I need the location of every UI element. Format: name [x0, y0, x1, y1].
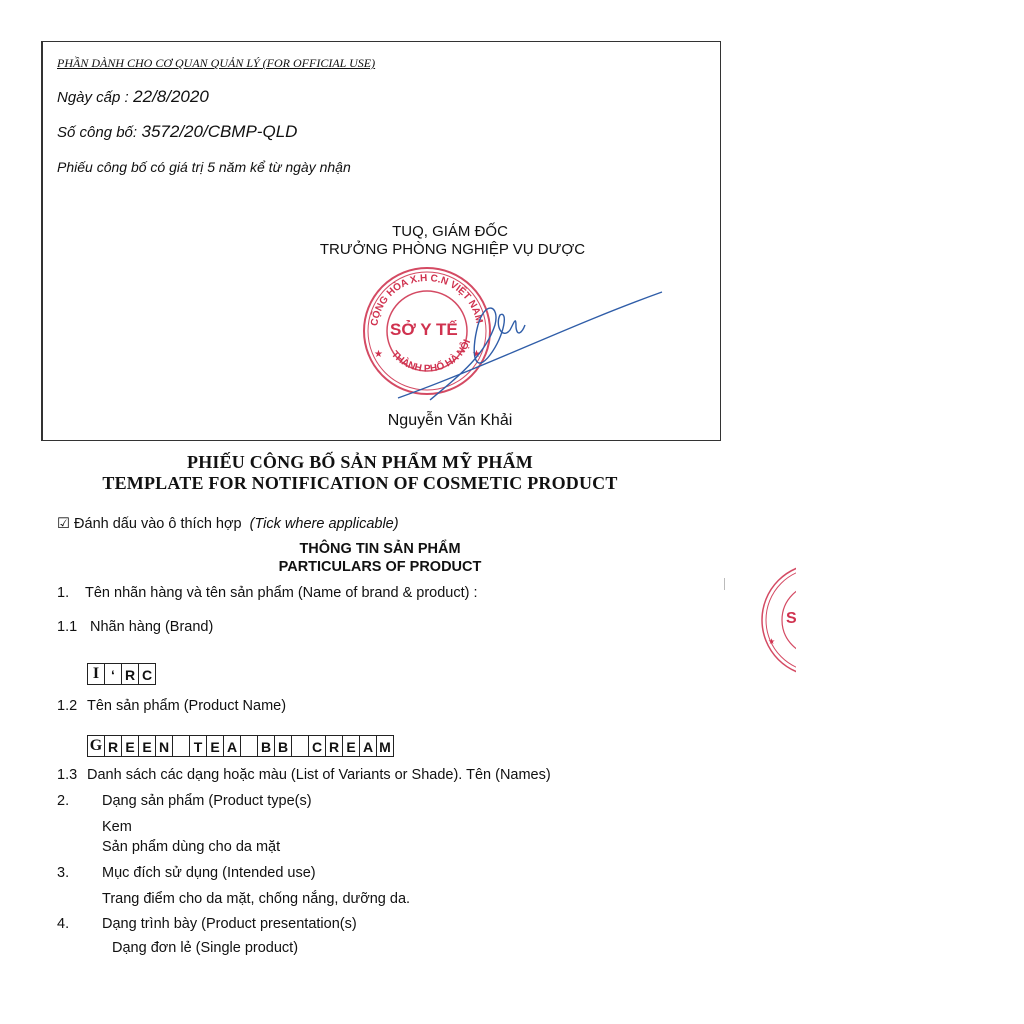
product-cell: [291, 735, 309, 757]
product-cell: [240, 735, 258, 757]
tick-note-en: (Tick where applicable): [250, 516, 399, 532]
product-cell: G: [87, 735, 105, 757]
brand-cell: C: [138, 663, 156, 685]
item-1-1-label: Nhãn hàng (Brand): [90, 619, 213, 635]
document-title-en: TEMPLATE FOR NOTIFICATION OF COSMETIC PR…: [90, 473, 630, 494]
product-cell: A: [359, 735, 377, 757]
item-1-3-label: Danh sách các dạng hoặc màu (List of Var…: [87, 767, 551, 783]
item-3-number: 3.: [57, 865, 69, 881]
item-2-label: Dạng sản phẩm (Product type(s): [102, 793, 312, 809]
section-title-vi: THÔNG TIN SẢN PHẨM: [230, 541, 530, 557]
item-4-value: Dạng đơn lẻ (Single product): [112, 940, 298, 956]
product-cell: A: [223, 735, 241, 757]
item-1-number: 1.: [57, 585, 69, 601]
item-1-3-number: 1.3: [57, 767, 77, 783]
notification-number-label: Số công bố:: [57, 124, 137, 141]
issue-date-row: Ngày cấp : 22/8/2020: [57, 87, 209, 107]
item-2-value-2: Sản phẩm dùng cho da mặt: [102, 839, 280, 855]
issue-date-value: 22/8/2020: [133, 87, 209, 106]
brand-cell: ‘: [104, 663, 122, 685]
validity-note: Phiếu công bố có giá trị 5 năm kể từ ngà…: [57, 159, 351, 175]
document-title-vi: PHIẾU CÔNG BỐ SẢN PHẨM MỸ PHẨM: [90, 452, 630, 473]
official-use-header: PHẦN DÀNH CHO CƠ QUAN QUẢN LÝ (FOR OFFIC…: [57, 56, 375, 71]
item-2-value-1: Kem: [102, 819, 132, 835]
scan-mark: [724, 578, 725, 590]
signer-title-1: TUQ, GIÁM ĐỐC: [300, 223, 600, 240]
product-cell: E: [121, 735, 139, 757]
product-name-cells: G R E E N T E A B B C R E A M: [88, 735, 394, 757]
product-cell: [172, 735, 190, 757]
product-cell: N: [155, 735, 173, 757]
tick-note-vi: Đánh dấu vào ô thích hợp: [74, 516, 242, 532]
brand-cell: R: [121, 663, 139, 685]
product-cell: E: [342, 735, 360, 757]
item-1-label: Tên nhãn hàng và tên sản phẩm (Name of b…: [85, 585, 478, 601]
item-2-number: 2.: [57, 793, 69, 809]
product-cell: T: [189, 735, 207, 757]
side-stamp-letter: S: [786, 610, 796, 628]
item-1-2-label: Tên sản phẩm (Product Name): [87, 698, 286, 714]
item-1-2-number: 1.2: [57, 698, 77, 714]
signer-title-2: TRƯỞNG PHÒNG NGHIỆP VỤ DƯỢC: [300, 241, 605, 258]
item-4-number: 4.: [57, 916, 69, 932]
signer-name: Nguyễn Văn Khải: [330, 412, 570, 430]
product-cell: R: [104, 735, 122, 757]
product-cell: M: [376, 735, 394, 757]
signature-icon: [370, 285, 670, 405]
product-cell: B: [274, 735, 292, 757]
svg-text:★: ★: [768, 637, 775, 646]
product-cell: B: [257, 735, 275, 757]
side-stamp-fragment: ★ S: [760, 562, 796, 678]
product-cell: C: [308, 735, 326, 757]
issue-date-label: Ngày cấp :: [57, 89, 129, 106]
brand-cell: I: [87, 663, 105, 685]
checkbox-checked-icon: ☑: [57, 516, 70, 532]
tick-note: ☑ Đánh dấu vào ô thích hợp (Tick where a…: [57, 516, 399, 532]
item-3-value: Trang điểm cho da mặt, chống nắng, dưỡng…: [102, 891, 410, 907]
item-4-label: Dạng trình bày (Product presentation(s): [102, 916, 357, 932]
notification-number-value: 3572/20/CBMP-QLD: [142, 122, 298, 141]
item-1-1-number: 1.1: [57, 619, 77, 635]
notification-number-row: Số công bố: 3572/20/CBMP-QLD: [57, 122, 297, 142]
section-title-en: PARTICULARS OF PRODUCT: [220, 559, 540, 575]
brand-cells: I ‘ R C: [88, 663, 156, 685]
product-cell: E: [206, 735, 224, 757]
product-cell: E: [138, 735, 156, 757]
item-3-label: Mục đích sử dụng (Intended use): [102, 865, 316, 881]
product-cell: R: [325, 735, 343, 757]
